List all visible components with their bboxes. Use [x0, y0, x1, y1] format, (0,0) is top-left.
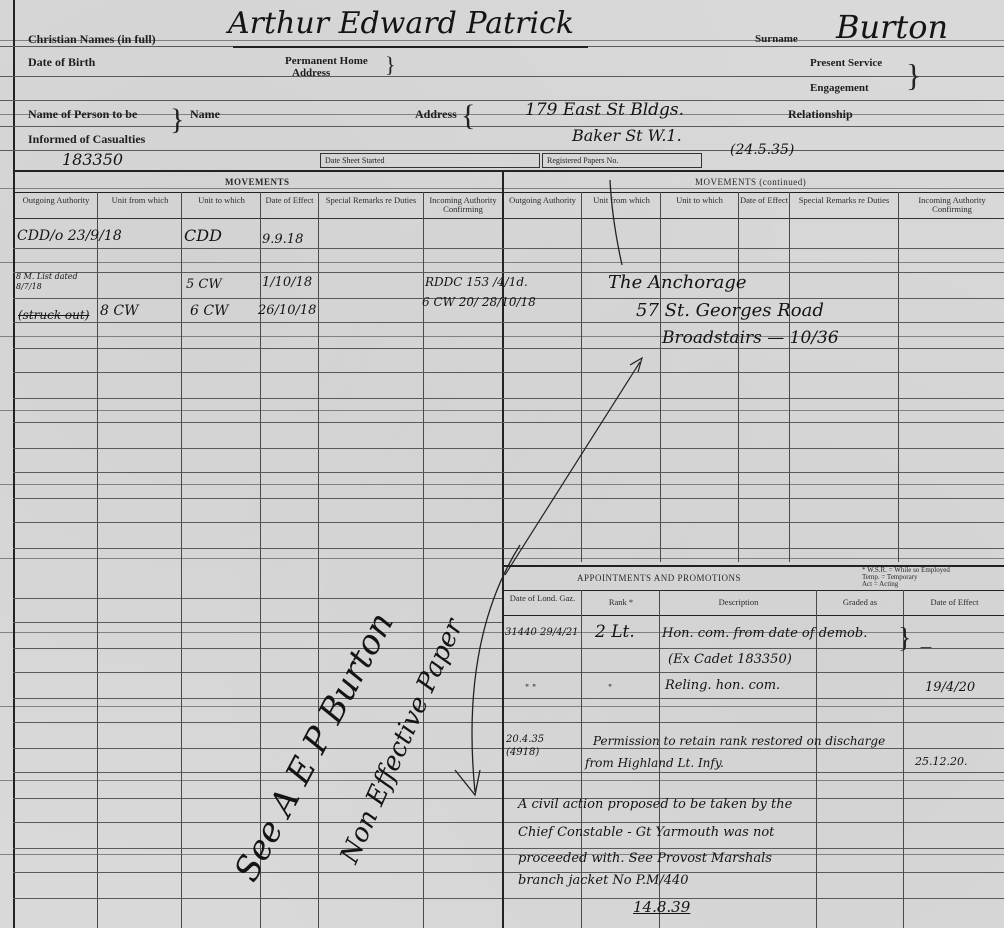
- appt-gazette: 31440 29/4/21: [505, 627, 579, 638]
- appt-effect: 25.12.20.: [915, 755, 967, 768]
- header-rule: [503, 615, 1004, 616]
- appt-description: Permission to retain rank restored on di…: [585, 730, 895, 774]
- appt-rank: 2 Lt.: [595, 622, 635, 642]
- note-line: branch jacket No P.M/440: [518, 873, 689, 888]
- center-divider: [502, 565, 504, 928]
- appt-effect: —: [920, 640, 932, 654]
- col-header: Date of Lond. Gaz.: [505, 594, 580, 603]
- col-header: Rank *: [584, 598, 658, 607]
- header-rule: [503, 590, 1004, 591]
- note-date: 14.8.39: [633, 898, 690, 916]
- legend-line: Act = Acting: [862, 581, 950, 588]
- note-line: A civil action proposed to be taken by t…: [518, 797, 792, 812]
- appt-gazette: 20.4.35 (4918): [506, 733, 564, 759]
- col-header: Date of Effect: [905, 598, 1004, 607]
- appointments-title: APPOINTMENTS AND PROMOTIONS: [577, 573, 741, 583]
- appt-description: Reling. hon. com.: [665, 678, 780, 693]
- bracket: }: [898, 624, 911, 654]
- appt-effect: 19/4/20: [925, 680, 975, 695]
- note-line: proceeded with. See Provost Marshals: [518, 851, 772, 866]
- note-line: Chief Constable - Gt Yarmouth was not: [518, 825, 774, 840]
- appt-gazette: " ": [525, 684, 536, 694]
- appt-description: (Ex Cadet 183350): [668, 652, 792, 667]
- col-header: Description: [662, 598, 815, 607]
- appt-rank: ": [608, 684, 612, 694]
- col-header: Graded as: [818, 598, 902, 607]
- appt-description: Hon. com. from date of demob.: [662, 626, 867, 641]
- rank-legend: * W.S.R. = While so Employed Temp. = Tem…: [862, 567, 950, 588]
- service-record-card: Christian Names (in full) Arthur Edward …: [0, 0, 1004, 928]
